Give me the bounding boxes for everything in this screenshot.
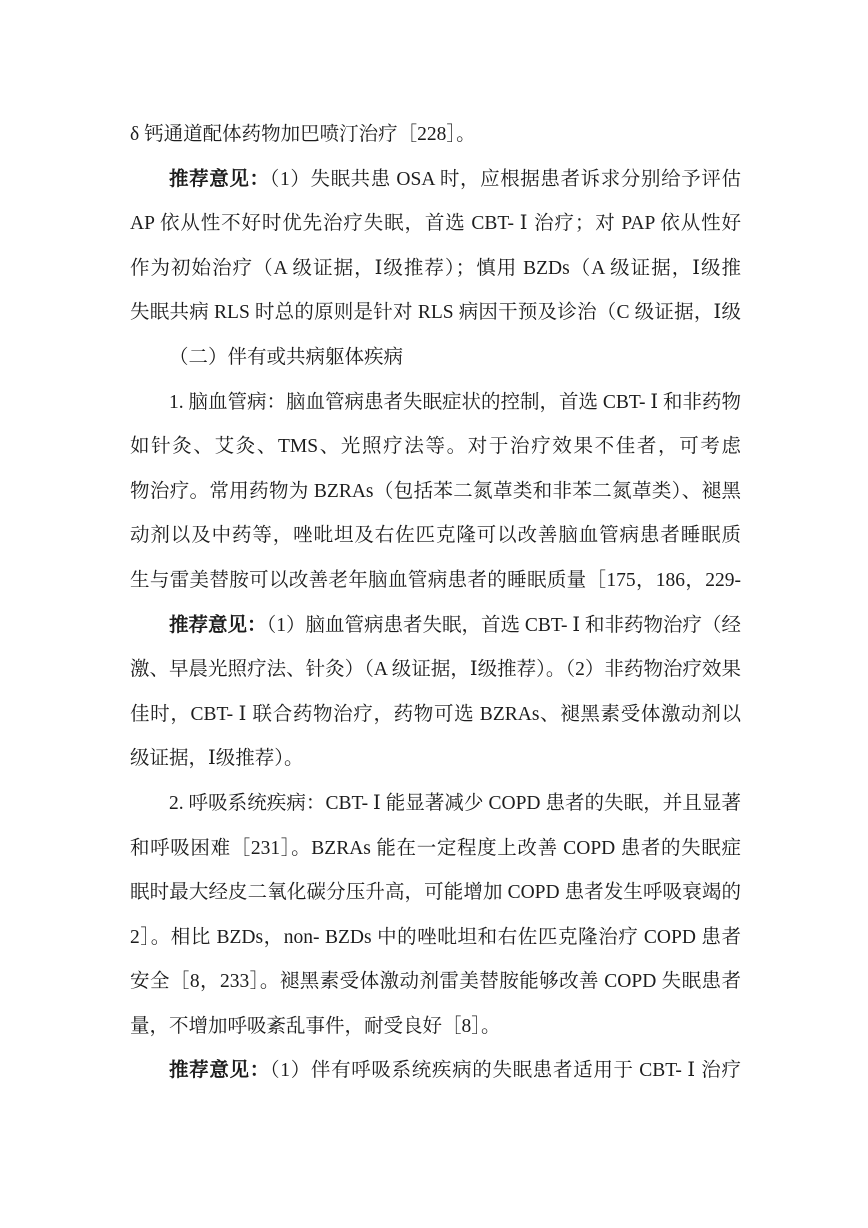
text-run: 失眠共病 RLS 时总的原则是针对 RLS 病因干预及诊治（C 级证据，Ⅰ级推荐… — [130, 302, 741, 336]
text-line: 眠时最大经皮二氧化碳分压升高，可能增加 COPD 患者发生呼吸衰竭的风险［23 — [130, 871, 741, 916]
text-run: 1. 脑血管病：脑血管病患者失眠症状的控制，首选 CBT- Ⅰ 和非药物治疗比 — [130, 392, 741, 426]
text-run: 量，不增加呼吸紊乱事件，耐受良好［8］。 — [130, 1016, 501, 1037]
text-line: 推荐意见：（1）伴有呼吸系统疾病的失眠患者适用于 CBT- Ⅰ 治疗（C 级证 — [130, 1049, 741, 1094]
text-run: （二）伴有或共病躯体疾病 — [169, 347, 403, 368]
text-line: 失眠共病 RLS 时总的原则是针对 RLS 病因干预及诊治（C 级证据，Ⅰ级推荐… — [130, 291, 741, 336]
text-line: 和呼吸困难［231］。BZRAs 能在一定程度上改善 COPD 患者的失眠症状，… — [130, 827, 741, 872]
text-run: 动剂以及中药等，唑吡坦及右佐匹克隆可以改善脑血管病患者睡眠质量；苏沃雷 — [130, 525, 741, 559]
recommendation-label: 推荐意见： — [169, 1060, 270, 1081]
text-line: 激、早晨光照疗法、针灸）（A 级证据，Ⅰ级推荐）。（2）非药物治疗效果不 — [130, 648, 741, 693]
text-line: AP 依从性不好时优先治疗失眠，首选 CBT- Ⅰ 治疗；对 PAP 依从性好者… — [130, 202, 741, 247]
text-line: 推荐意见：（1）失眠共患 OSA 时，应根据患者诉求分别给予评估及治疗，P — [130, 158, 741, 203]
text-line: （二）伴有或共病躯体疾病 — [130, 336, 741, 381]
text-line: δ 钙通道配体药物加巴喷汀治疗［228］。 — [130, 113, 741, 158]
text-run: 和呼吸困难［231］。BZRAs 能在一定程度上改善 COPD 患者的失眠症状，… — [130, 838, 741, 872]
text-run: 眠时最大经皮二氧化碳分压升高，可能增加 COPD 患者发生呼吸衰竭的风险［23 — [130, 882, 741, 916]
text-run: 物治疗。常用药物为 BZRAs（包括苯二氮䓬类和非苯二氮䓬类）、褪黑素受体激 — [130, 481, 741, 515]
text-line: 动剂以及中药等，唑吡坦及右佐匹克隆可以改善脑血管病患者睡眠质量；苏沃雷 — [130, 514, 741, 559]
text-run: 如针灸、艾灸、TMS、光照疗法等。对于治疗效果不佳者，可考虑 CBT- Ⅰ 联合… — [130, 436, 741, 470]
text-line: 2. 呼吸系统疾病：CBT- Ⅰ 能显著减少 COPD 患者的失眠，并且显著改善… — [130, 782, 741, 827]
text-line: 佳时，CBT- Ⅰ 联合药物治疗，药物可选 BZRAs、褪黑素受体激动剂以及中药… — [130, 693, 741, 738]
recommendation-label: 推荐意见： — [169, 169, 270, 190]
text-run: 级证据，Ⅰ级推荐）。 — [130, 748, 303, 769]
text-line: 如针灸、艾灸、TMS、光照疗法等。对于治疗效果不佳者，可考虑 CBT- Ⅰ 联合… — [130, 425, 741, 470]
text-run: 安全［8，233］。褪黑素受体激动剂雷美替胺能够改善 COPD 失眠患者的睡眠质 — [130, 971, 741, 1005]
recommendation-label: 推荐意见： — [169, 615, 267, 636]
document-page: δ 钙通道配体药物加巴喷汀治疗［228］。推荐意见：（1）失眠共患 OSA 时，… — [0, 0, 868, 1228]
text-run: 佳时，CBT- Ⅰ 联合药物治疗，药物可选 BZRAs、褪黑素受体激动剂以及中药… — [130, 704, 741, 738]
text-run: 2］。相比 BZDs，non- BZDs 中的唑吡坦和右佐匹克隆治疗 COPD … — [130, 927, 741, 961]
text-line: 生与雷美替胺可以改善老年脑血管病患者的睡眠质量［175，186，229- 230… — [130, 559, 741, 604]
text-run: 生与雷美替胺可以改善老年脑血管病患者的睡眠质量［175，186，229- 230… — [130, 570, 741, 604]
text-run: 2. 呼吸系统疾病：CBT- Ⅰ 能显著减少 COPD 患者的失眠，并且显著改善… — [130, 793, 741, 827]
text-line: 推荐意见：（1）脑血管病患者失眠，首选 CBT- Ⅰ 和非药物治疗（经颅磁刺 — [130, 604, 741, 649]
text-line: 物治疗。常用药物为 BZRAs（包括苯二氮䓬类和非苯二氮䓬类）、褪黑素受体激 — [130, 470, 741, 515]
text-run: 作为初始治疗（A 级证据，Ⅰ级推荐）；慎用 BZDs（A 级证据，Ⅰ级推荐）。（… — [130, 258, 741, 292]
text-line: 量，不增加呼吸紊乱事件，耐受良好［8］。 — [130, 1005, 741, 1050]
text-run: δ 钙通道配体药物加巴喷汀治疗［228］。 — [130, 124, 476, 145]
text-line: 2］。相比 BZDs，non- BZDs 中的唑吡坦和右佐匹克隆治疗 COPD … — [130, 916, 741, 961]
text-line: 安全［8，233］。褪黑素受体激动剂雷美替胺能够改善 COPD 失眠患者的睡眠质 — [130, 960, 741, 1005]
text-line: 作为初始治疗（A 级证据，Ⅰ级推荐）；慎用 BZDs（A 级证据，Ⅰ级推荐）。（… — [130, 247, 741, 292]
text-line: 级证据，Ⅰ级推荐）。 — [130, 737, 741, 782]
document-body: δ 钙通道配体药物加巴喷汀治疗［228］。推荐意见：（1）失眠共患 OSA 时，… — [130, 113, 741, 1094]
text-run: 激、早晨光照疗法、针灸）（A 级证据，Ⅰ级推荐）。（2）非药物治疗效果不 — [130, 659, 741, 693]
text-line: 1. 脑血管病：脑血管病患者失眠症状的控制，首选 CBT- Ⅰ 和非药物治疗比 — [130, 381, 741, 426]
text-run: AP 依从性不好时优先治疗失眠，首选 CBT- Ⅰ 治疗；对 PAP 依从性好者… — [130, 213, 741, 247]
